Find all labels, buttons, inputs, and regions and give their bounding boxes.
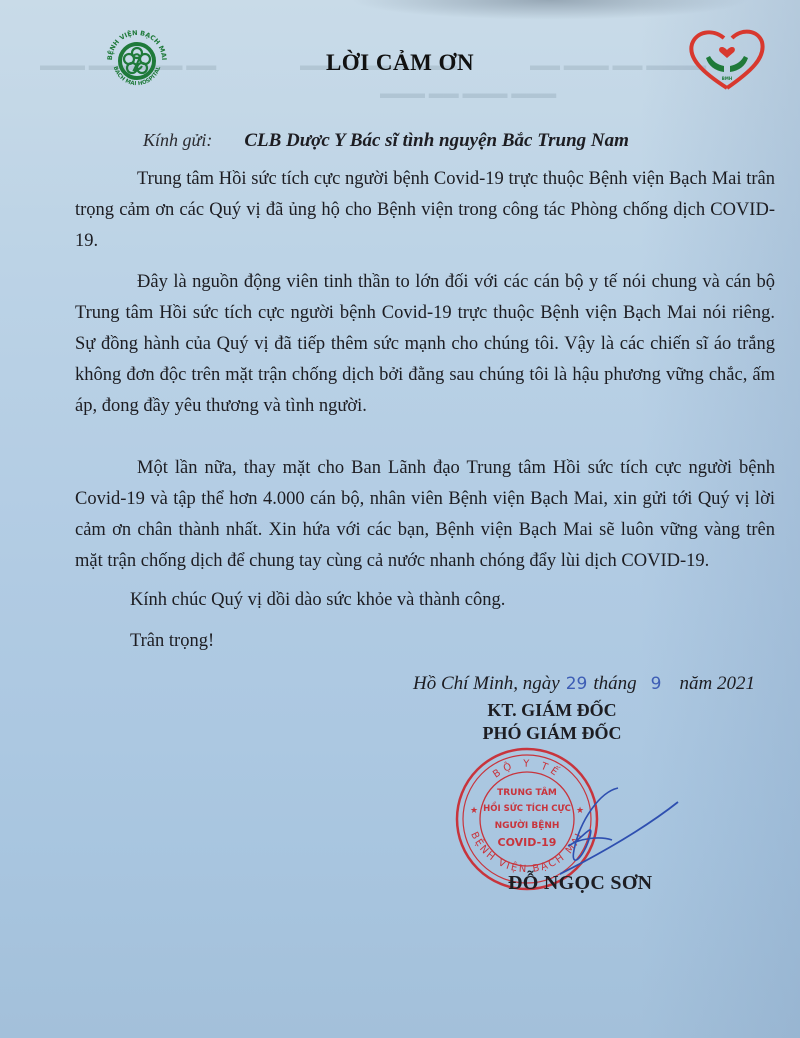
month-label: tháng [593, 673, 636, 694]
paragraph-3: Một lần nữa, thay mặt cho Ban Lãnh đạo T… [75, 453, 775, 577]
handwritten-month: 9 [651, 674, 662, 694]
closing-wish: Kính chúc Quý vị dồi dào sức khỏe và thà… [130, 590, 505, 611]
place: Hồ Chí Minh, ngày [413, 673, 560, 694]
paragraph-text: Trung tâm Hồi sức tích cực người bệnh Co… [75, 164, 775, 257]
salutation: Kính gửi:CLB Dược Y Bác sĩ tình nguyện B… [143, 130, 629, 152]
svg-text:BMH: BMH [722, 76, 732, 81]
svg-text:HỒI SỨC TÍCH CỰC: HỒI SỨC TÍCH CỰC [483, 801, 571, 814]
svg-text:TRUNG TÂM: TRUNG TÂM [497, 786, 557, 798]
year: năm 2021 [679, 673, 754, 694]
signatory-title-2: PHÓ GIÁM ĐỐC [452, 723, 652, 744]
svg-text:NGƯỜI BỆNH: NGƯỜI BỆNH [495, 819, 560, 831]
closing-regards: Trân trọng! [130, 631, 214, 652]
paragraph-1: Trung tâm Hồi sức tích cực người bệnh Co… [75, 164, 775, 257]
svg-text:★: ★ [470, 805, 478, 815]
document-title: LỜI CẢM ƠN [0, 50, 800, 76]
paragraph-2: Đây là nguồn động viên tinh thần to lớn … [75, 267, 775, 422]
paragraph-text: Đây là nguồn động viên tinh thần to lớn … [75, 267, 775, 422]
recipient: CLB Dược Y Bác sĩ tình nguyện Bắc Trung … [244, 130, 629, 151]
show-through-text: ▬▬▬ ▬▬ ▬▬▬ ▬▬▬ [380, 86, 556, 103]
top-shadow [350, 0, 750, 20]
salutation-label: Kính gửi: [143, 130, 212, 150]
place-date-line: Hồ Chí Minh, ngày29tháng9năm 2021 [413, 673, 755, 695]
paragraph-text: Một lần nữa, thay mặt cho Ban Lãnh đạo T… [75, 453, 775, 577]
signatory-title-1: KT. GIÁM ĐỐC [452, 700, 652, 721]
handwritten-day: 29 [566, 674, 588, 694]
svg-text:COVID-19: COVID-19 [498, 836, 557, 849]
signer-name: ĐỖ NGỌC SƠN [508, 872, 652, 895]
svg-text:BỘ Y TẾ: BỘ Y TẾ [491, 758, 564, 780]
